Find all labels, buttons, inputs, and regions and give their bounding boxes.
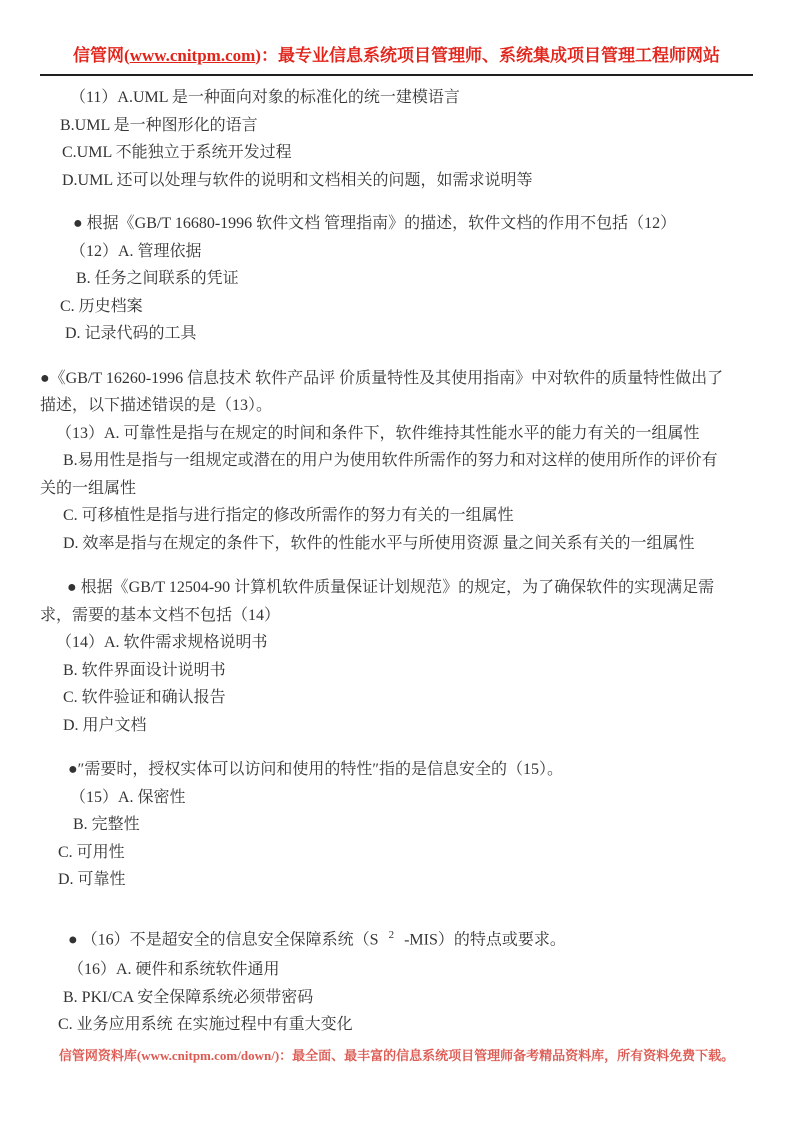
- q16-option-c-line: C. 业务应用系统 在实施过程中有重大变化: [58, 1011, 753, 1039]
- q15-stem-line: ●″需要时，授权实体可以访问和使用的特性″指的是信息安全的（15）。: [68, 756, 753, 784]
- q13-option-c-line: C. 可移植性是指与进行指定的修改所需作的努力有关的一组属性: [63, 502, 753, 530]
- q14-option-b-line: B. 软件界面设计说明书: [63, 657, 753, 685]
- footer-suffix: )：最全面、最丰富的信息系统项目管理师备考精品资料库，所有资料免费下载。: [275, 1048, 734, 1063]
- q11-option-b-line: B.UML 是一种图形化的语言: [60, 112, 753, 140]
- footer-prefix: 信管网资料库(: [59, 1048, 141, 1063]
- q12-option-d-line: D. 记录代码的工具: [65, 320, 753, 348]
- q13-stem-line-1: ●《GB/T 16260-1996 信息技术 软件产品评 价质量特性及其使用指南…: [40, 365, 753, 393]
- q16-stem-post: -MIS）的特点或要求。: [404, 931, 566, 948]
- question-15-block: ●″需要时，授权实体可以访问和使用的特性″指的是信息安全的（15）。 （15）A…: [40, 756, 753, 894]
- q12-option-a-line: （12）A. 管理依据: [70, 238, 753, 266]
- question-12-block: ● 根据《GB/T 16680-1996 软件文档 管理指南》的描述，软件文档的…: [40, 210, 753, 348]
- q11-option-d-line: D.UML 还可以处理与软件的说明和文档相关的问题，如需求说明等: [62, 167, 753, 195]
- q13-option-b-line-1: B.易用性是指与一组规定或潜在的用户为使用软件所需作的努力和对这样的使用所作的评…: [63, 447, 753, 475]
- q14-stem-line-1: ● 根据《GB/T 12504-90 计算机软件质量保证计划规范》的规定，为了确…: [67, 574, 753, 602]
- q12-option-c-line: C. 历史档案: [60, 293, 753, 321]
- q12-option-b-line: B. 任务之间联系的凭证: [76, 265, 753, 293]
- q16-option-b-line: B. PKI/CA 安全保障系统必须带密码: [63, 984, 753, 1012]
- q11-option-a-line: （11）A.UML 是一种面向对象的标准化的统一建模语言: [70, 84, 753, 112]
- q14-option-a-line: （14）A. 软件需求规格说明书: [56, 629, 753, 657]
- document-page: 信管网(www.cnitpm.com)：最专业信息系统项目管理师、系统集成项目管…: [0, 0, 793, 1122]
- q16-stem-pre: ● （16）不是超安全的信息安全保障系统（S: [68, 931, 379, 948]
- site-header: 信管网(www.cnitpm.com)：最专业信息系统项目管理师、系统集成项目管…: [40, 0, 753, 67]
- q11-option-c-line: C.UML 不能独立于系统开发过程: [62, 139, 753, 167]
- question-14-block: ● 根据《GB/T 12504-90 计算机软件质量保证计划规范》的规定，为了确…: [40, 574, 753, 739]
- q15-option-b-line: B. 完整性: [73, 811, 753, 839]
- q15-option-a-line: （15）A. 保密性: [70, 784, 753, 812]
- footer-download-link[interactable]: www.cnitpm.com/down/: [141, 1048, 275, 1063]
- q15-option-d-line: D. 可靠性: [58, 866, 753, 894]
- header-site-link[interactable]: www.cnitpm.com: [130, 46, 256, 65]
- site-footer: 信管网资料库(www.cnitpm.com/down/)：最全面、最丰富的信息系…: [40, 1047, 753, 1065]
- q13-option-d-line: D. 效率是指与在规定的条件下，软件的性能水平与所使用资源 量之间关系有关的一组…: [63, 530, 753, 558]
- question-13-block: ●《GB/T 16260-1996 信息技术 软件产品评 价质量特性及其使用指南…: [40, 365, 753, 558]
- q15-option-c-line: C. 可用性: [58, 839, 753, 867]
- q16-superscript: 2: [379, 929, 405, 941]
- q13-option-a-line: （13）A. 可靠性是指与在规定的时间和条件下，软件维持其性能水平的能力有关的一…: [56, 420, 753, 448]
- q14-stem-line-2: 求，需要的基本文档不包括（14）: [40, 602, 753, 630]
- q14-option-d-line: D. 用户文档: [63, 712, 753, 740]
- question-16-block: ● （16）不是超安全的信息安全保障系统（S2-MIS）的特点或要求。 （16）…: [40, 917, 753, 1039]
- question-content: （11）A.UML 是一种面向对象的标准化的统一建模语言 B.UML 是一种图形…: [40, 84, 753, 1039]
- q13-stem-line-2: 描述，以下描述错误的是（13）。: [40, 392, 753, 420]
- header-prefix: 信管网(: [73, 46, 130, 65]
- q16-stem-line: ● （16）不是超安全的信息安全保障系统（S2-MIS）的特点或要求。: [68, 917, 753, 957]
- header-divider: [40, 74, 753, 76]
- q13-option-b-line-2: 关的一组属性: [40, 475, 753, 503]
- q16-option-a-line: （16）A. 硬件和系统软件通用: [68, 956, 753, 984]
- q14-option-c-line: C. 软件验证和确认报告: [63, 684, 753, 712]
- q12-stem-line: ● 根据《GB/T 16680-1996 软件文档 管理指南》的描述，软件文档的…: [73, 210, 753, 238]
- question-11-options: （11）A.UML 是一种面向对象的标准化的统一建模语言 B.UML 是一种图形…: [40, 84, 753, 194]
- header-suffix: )：最专业信息系统项目管理师、系统集成项目管理工程师网站: [255, 46, 720, 65]
